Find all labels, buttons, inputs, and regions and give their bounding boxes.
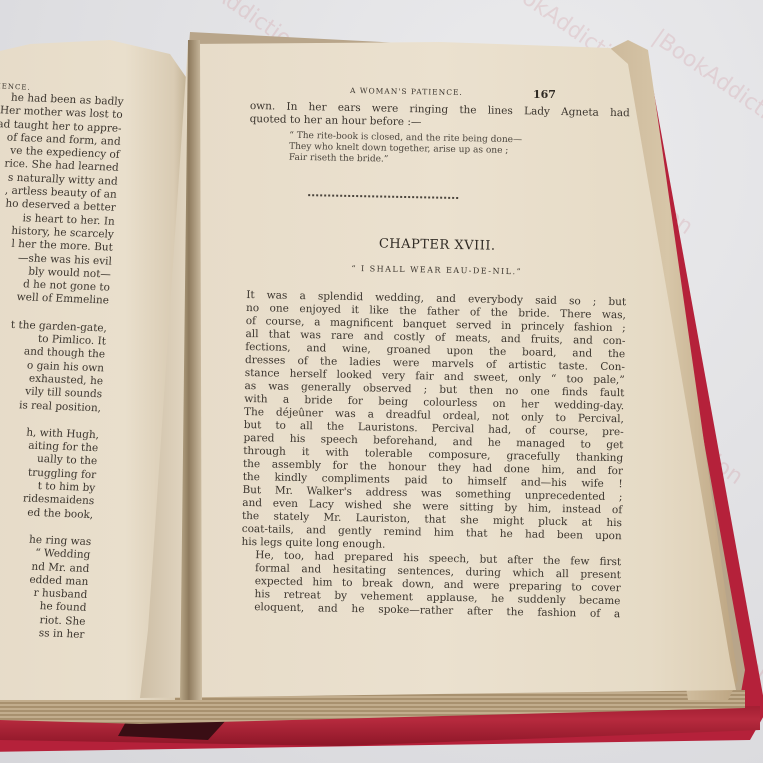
chapter-subtitle: “ I SHALL WEAR EAU-DE-NIL.” (247, 260, 627, 280)
left-running-head: IENCE. (0, 82, 31, 92)
page-number: 167 (533, 88, 556, 101)
verse-quote: “ The rite-book is closed, and the rite … (289, 131, 630, 171)
book-photo: |BookAddiction |BookAddiction |BookAddic… (0, 0, 763, 763)
right-page-text: own. In her ears were ringing the lines … (240, 100, 630, 621)
paragraph: It was a splendid wedding, and everybody… (241, 289, 626, 556)
paragraph: He, too, had prepared his speech, but af… (240, 549, 621, 621)
chapter-title: CHAPTER XVIII. (247, 235, 627, 255)
ornamental-rule (308, 194, 458, 201)
